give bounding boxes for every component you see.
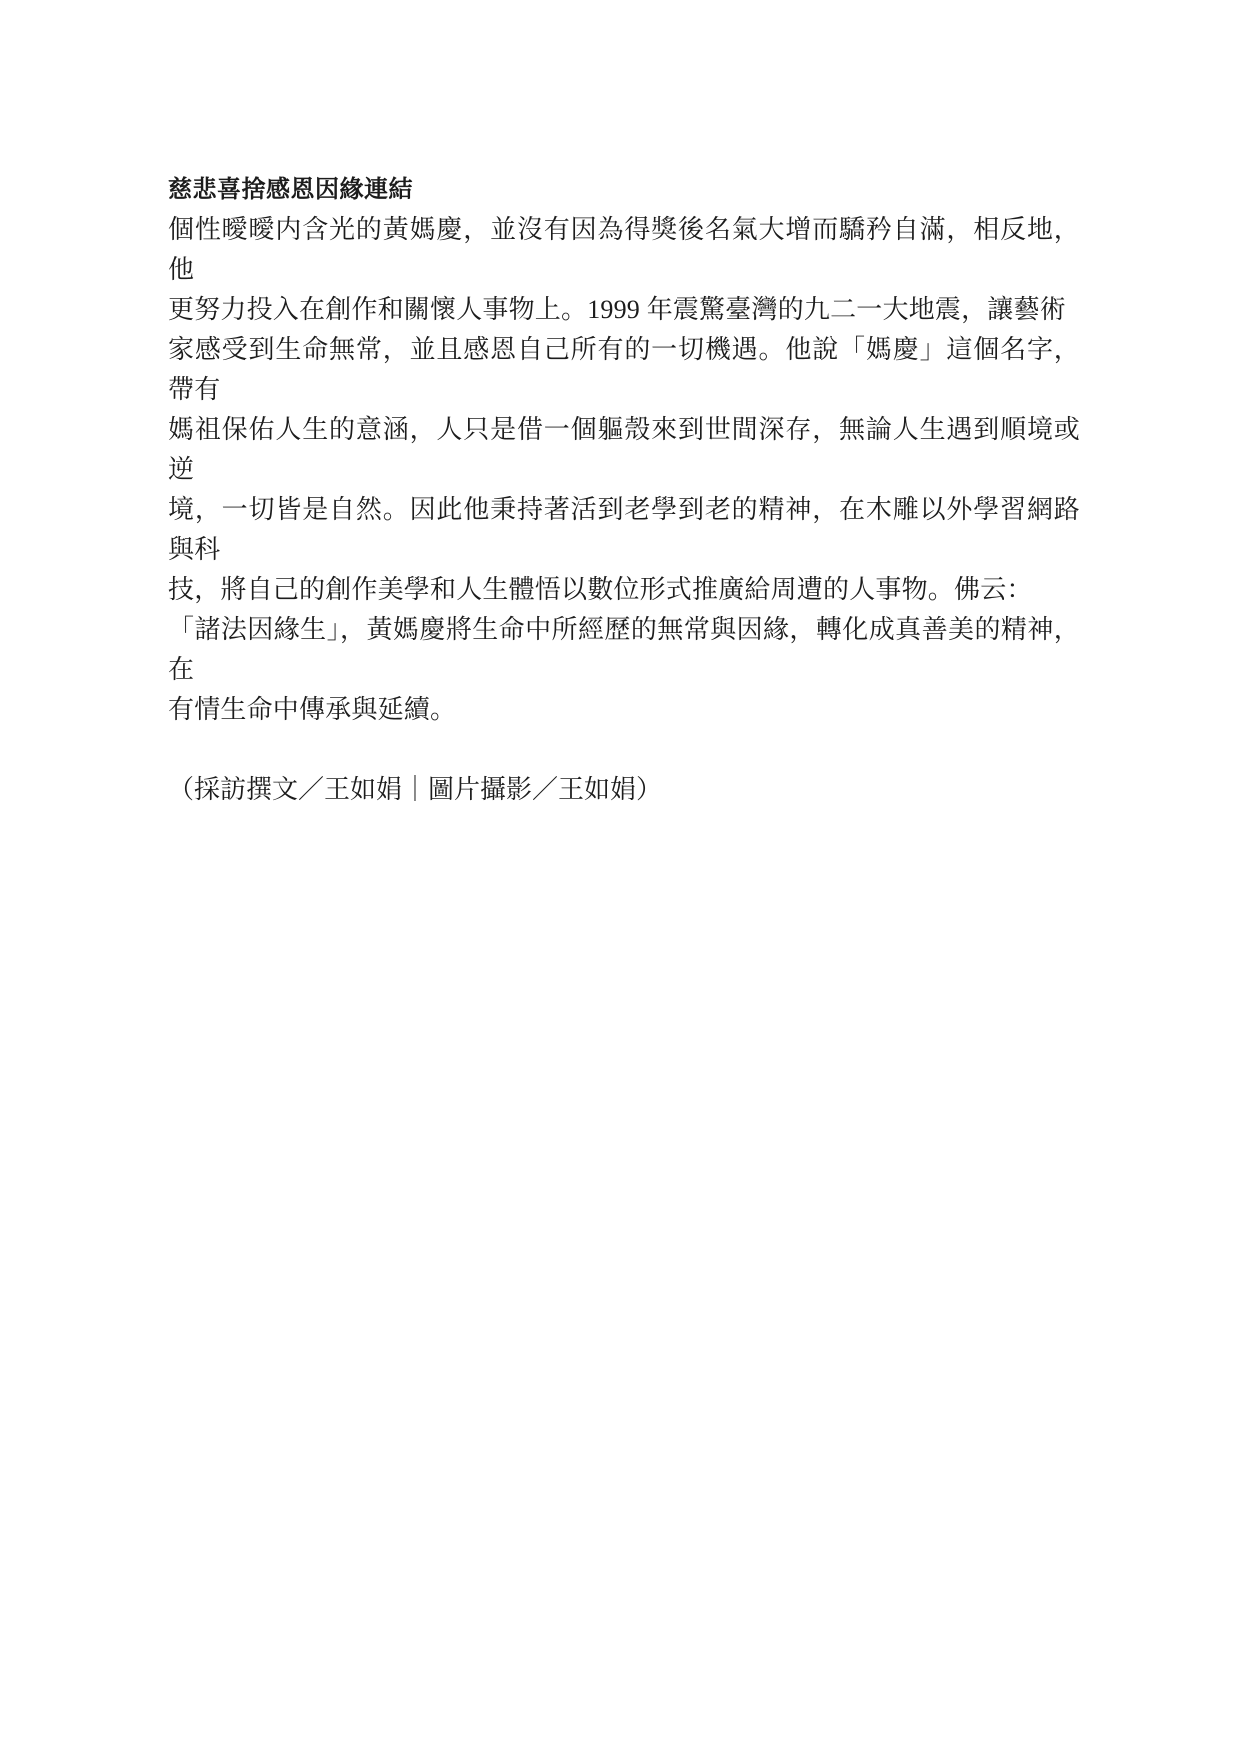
section-heading: 慈悲喜捨感恩因緣連結 <box>168 170 1080 210</box>
document-page: 慈悲喜捨感恩因緣連結 個性曖曖内含光的黃媽慶，並沒有因為得獎後名氣大增而驕矜自滿… <box>0 0 1240 1755</box>
article-text-block: 慈悲喜捨感恩因緣連結 個性曖曖内含光的黃媽慶，並沒有因為得獎後名氣大增而驕矜自滿… <box>168 170 1080 810</box>
credit-line: （採訪撰文／王如娟｜圖片攝影／王如娟） <box>168 770 1080 810</box>
body-paragraph: 個性曖曖内含光的黃媽慶，並沒有因為得獎後名氣大增而驕矜自滿，相反地，他 更努力投… <box>168 210 1080 730</box>
